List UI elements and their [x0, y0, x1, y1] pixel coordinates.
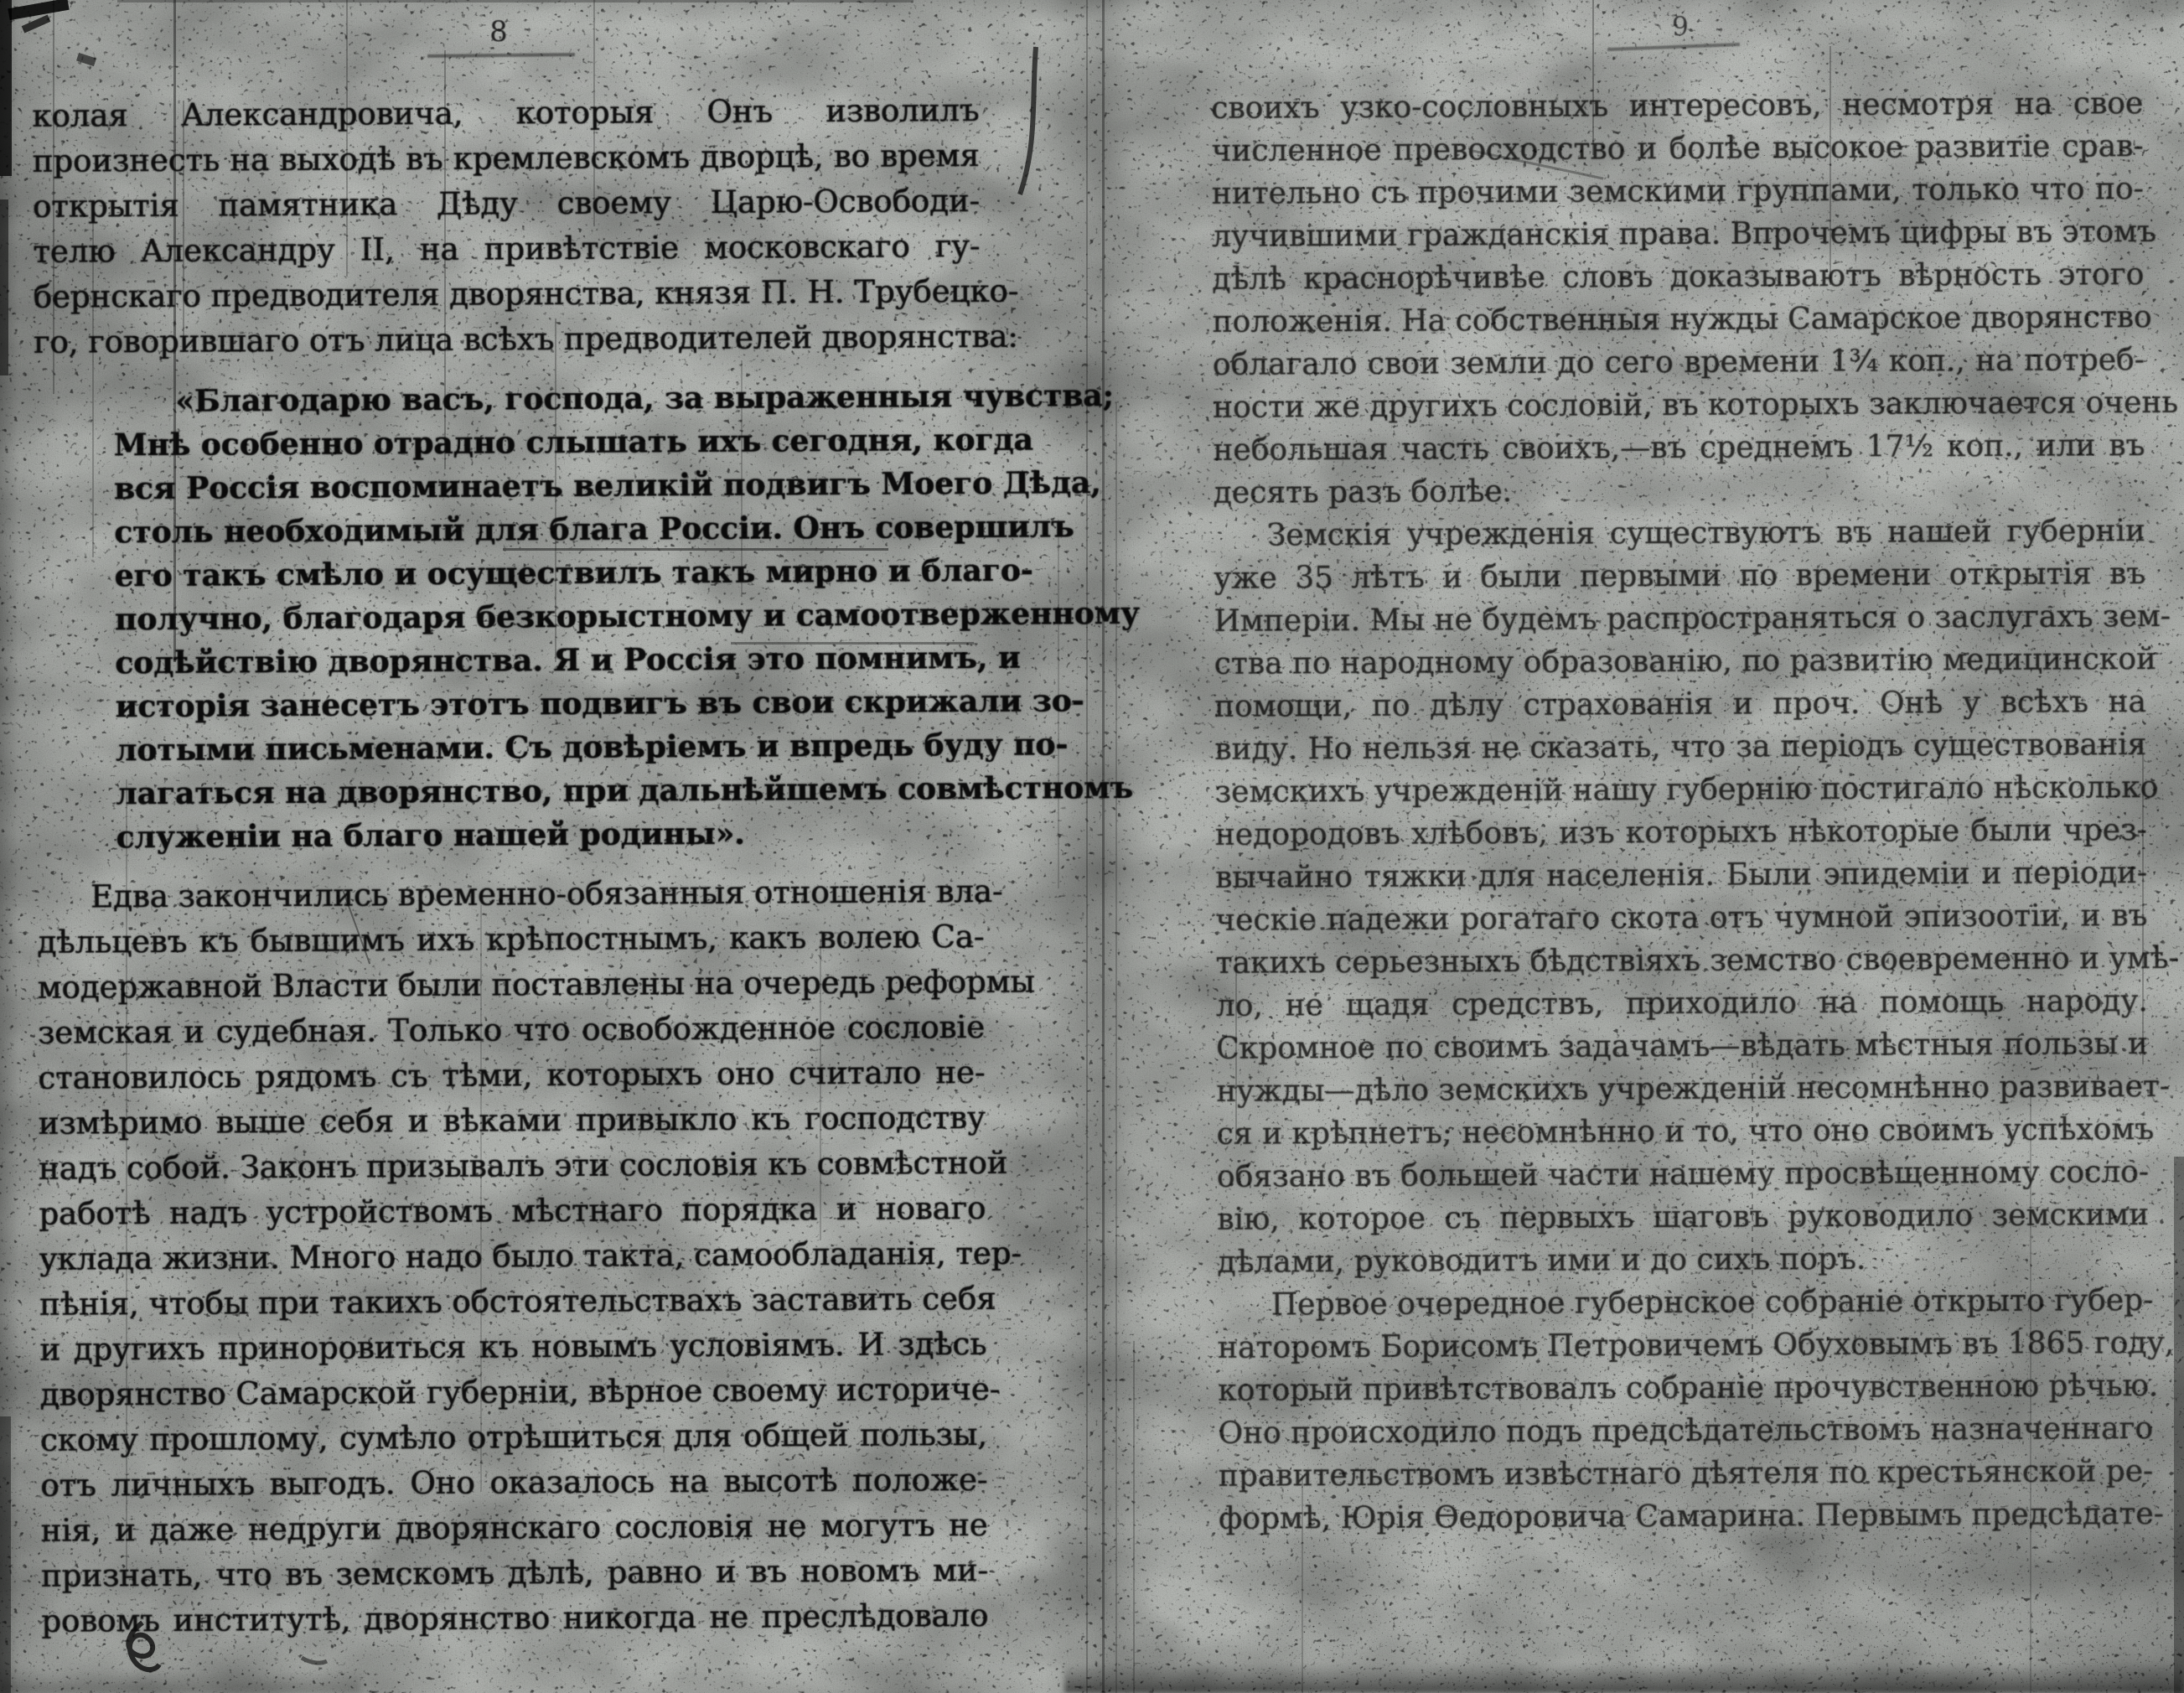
scratch-mark [1133, 1341, 1135, 1693]
text-line: виду. Но нельзя не сказать, что за періо… [1214, 723, 2146, 771]
text-line: дѣлами, руководитъ ими и до сихъ поръ. [1217, 1236, 2149, 1284]
text-line: Едва закончились временно-обязанныя отно… [37, 869, 984, 920]
text-line: лагаться на дворянство, при дальнѣйшемъ … [116, 767, 981, 815]
text-line: произнесть на выходѣ въ кремлевскомъ дво… [32, 133, 979, 184]
text-line: столь необходимый для блага Россіи. Онъ … [114, 505, 980, 554]
paragraph: Едва закончились временно-обязанныя отно… [37, 869, 989, 1644]
text-line: своихъ узко-сословныхъ интересовъ, несмо… [1211, 82, 2143, 130]
text-line: Скромное по своимъ задачамъ—вѣдать мѣстн… [1216, 1023, 2148, 1070]
ink-mark [22, 14, 51, 33]
text-line: нужды—дѣло земскихъ учрежденій несомнѣнн… [1216, 1065, 2148, 1113]
text-line: вію, которое съ первыхъ шаговъ руководил… [1217, 1193, 2149, 1241]
text-line: земская и судебная. Только что освобожде… [38, 1005, 985, 1056]
text-line: нительно съ прочими земскими группами, т… [1212, 168, 2144, 215]
text-line: «Благодарю васъ, господа, за выраженныя … [113, 375, 979, 423]
text-line: Оно происходило подъ предсѣдательствомъ … [1218, 1407, 2150, 1455]
text-line: его такъ смѣло и осуществилъ такъ мирно … [114, 549, 980, 598]
ink-mark [76, 53, 96, 66]
text-line: Мнѣ особенно отрадно слышать ихъ сегодня… [113, 418, 979, 467]
header-rule-right [1607, 43, 1740, 51]
scratch-mark [1086, 0, 1088, 1693]
ink-mark [0, 199, 8, 375]
page-gutter-shadow [1043, 0, 1161, 1693]
header-rule-left [427, 53, 575, 58]
text-line: скому прошлому, сумѣло отрѣшиться для об… [40, 1412, 987, 1463]
text-line: телю Александру II, на привѣтствіе моско… [33, 224, 980, 275]
text-line: ся и крѣпнетъ; несомнѣнно и то, что оно … [1216, 1108, 2148, 1156]
text-line: лучившими гражданскія права. Впрочемъ ци… [1212, 210, 2144, 258]
text-line: колая Александровича, которыя Онъ изволи… [32, 88, 979, 139]
paragraph: Земскія учрежденія существуютъ въ нашей … [1214, 510, 2150, 1284]
text-line: ровомъ институтѣ, дворянство никогда не … [41, 1593, 988, 1644]
text-line: земскихъ учрежденій нашу губернію постиг… [1214, 766, 2146, 814]
text-line: лотыми письменами. Съ довѣріемъ и впредь… [116, 723, 981, 772]
text-line: уже 35 лѣтъ и были первыми по времени от… [1214, 552, 2145, 600]
text-line: правительствомъ извѣстнаго дѣятеля по кр… [1219, 1450, 2150, 1498]
text-line: надъ собой. Законъ призывалъ эти сослові… [39, 1141, 986, 1192]
text-line: ности же другихъ сословій, въ которыхъ з… [1213, 381, 2145, 429]
text-line: наторомъ Борисомъ Петровичемъ Обуховымъ … [1218, 1322, 2150, 1369]
text-line: дѣлѣ краснорѣчивѣе словъ доказываютъ вѣр… [1212, 253, 2144, 301]
text-line: отъ личныхъ выгодъ. Оно оказалось на выс… [40, 1457, 987, 1509]
text-line: обязано въ большей части нашему просвѣще… [1217, 1151, 2149, 1199]
text-line: помощи, по дѣлу страхованія и проч. Онѣ … [1214, 681, 2146, 728]
text-line: вся Россія воспоминаетъ великій подвигъ … [114, 462, 980, 510]
bottom-edge-shadow [1064, 1663, 2184, 1693]
text-line: недородовъ хлѣбовъ, изъ которыхъ нѣкотор… [1215, 809, 2147, 857]
text-line: исторія занесетъ этотъ подвигъ въ свои с… [115, 680, 981, 728]
page-number-right: 9 [1638, 12, 1722, 42]
text-line: становилось рядомъ съ тѣми, которыхъ оно… [38, 1050, 985, 1101]
text-line: Земскія учрежденія существуютъ въ нашей … [1214, 510, 2145, 557]
text-line: положенія. На собственныя нужды Самарско… [1212, 296, 2144, 344]
text-line: формѣ, Юрія Ѳедоровича Самарина. Первымъ… [1219, 1493, 2150, 1540]
text-line: служеніи на благо нашей родины». [116, 810, 981, 859]
text-line: численное превосходство и болѣе высокое … [1211, 125, 2143, 173]
text-line: бернскаго предводителя дворянства, князя… [33, 269, 980, 320]
text-line: десять разъ болѣе. [1213, 467, 2145, 515]
ink-mark [0, 0, 12, 176]
text-line: такихъ серьезныхъ бѣдствіяхъ земство сво… [1215, 937, 2147, 985]
text-line: признать, что въ земскомъ дѣлѣ, равно и … [41, 1548, 988, 1599]
text-line: Имперіи. Мы не будемъ распространяться о… [1214, 595, 2145, 643]
bottom-left-shadow [0, 1670, 360, 1693]
text-line: ло, не щадя средствъ, приходило на помощ… [1216, 980, 2148, 1028]
ink-mark [0, 1416, 11, 1693]
paragraph: Первое очередное губернское собраніе отк… [1217, 1279, 2150, 1540]
page-number-left: 8 [457, 15, 541, 49]
ink-mark [8, 0, 69, 20]
text-line: открытія памятника Дѣду своему Царю-Осво… [33, 179, 980, 230]
text-line: содѣйствію дворянства. Я и Россія это по… [115, 636, 981, 685]
text-line: ческіе падежи рогатаго скота отъ чумной … [1215, 894, 2147, 942]
text-line: получно, благодаря безкорыстному и самоо… [115, 593, 981, 641]
pen-scratch-mark [1020, 47, 1036, 194]
text-line: нія, и даже недруги дворянскаго сословія… [40, 1503, 987, 1554]
scratch-mark [117, 0, 913, 3]
right-page-text-block: своихъ узко-сословныхъ интересовъ, несмо… [1211, 82, 2150, 1540]
left-page-text-block: колая Александровича, которыя Онъ изволи… [32, 88, 988, 1644]
text-line: уклада жизни. Много надо было такта, сам… [39, 1231, 986, 1282]
text-line: небольшая часть своихъ,—въ среднемъ 17½ … [1213, 424, 2145, 472]
ink-mark [2174, 1157, 2184, 1693]
ink-dot-mark [302, 1658, 327, 1663]
text-line: Первое очередное губернское собраніе отк… [1217, 1279, 2149, 1327]
text-line: го, говорившаго отъ лица всѣхъ предводит… [34, 314, 981, 365]
book-scan-spread: 8 колая Александровича, которыя Онъ изво… [0, 0, 2184, 1693]
text-line: дворянство Самарской губерніи, вѣрное св… [39, 1367, 986, 1418]
text-line: работѣ надъ устройствомъ мѣстнаго порядк… [39, 1186, 986, 1237]
scratch-mark [1102, 0, 1105, 1693]
text-line: вычайно тяжки для населенія. Были эпидем… [1215, 852, 2147, 899]
text-line: который привѣтствовалъ собраніе прочувст… [1218, 1364, 2150, 1412]
text-line: пѣнія, чтобы при такихъ обстоятельствахъ… [39, 1276, 986, 1328]
text-line: дѣльцевъ къ бывшимъ ихъ крѣпостнымъ, как… [37, 914, 984, 966]
text-line: ства по народному образованію, по развит… [1214, 638, 2145, 686]
text-line: модержавной Власти были поставлены на оч… [37, 960, 984, 1011]
text-line: облагало свои земли до сего времени 1¾ к… [1213, 339, 2145, 386]
text-line: измѣримо выше себя и вѣками привыкло къ … [38, 1095, 985, 1147]
paragraph-continuation: своихъ узко-сословныхъ интересовъ, несмо… [1211, 82, 2145, 515]
quoted-speech-block: «Благодарю васъ, господа, за выраженныя … [113, 375, 981, 859]
text-line: и другихъ приноровиться къ новымъ услові… [39, 1322, 986, 1373]
paragraph-continuation: колая Александровича, которыя Онъ изволи… [32, 88, 981, 365]
